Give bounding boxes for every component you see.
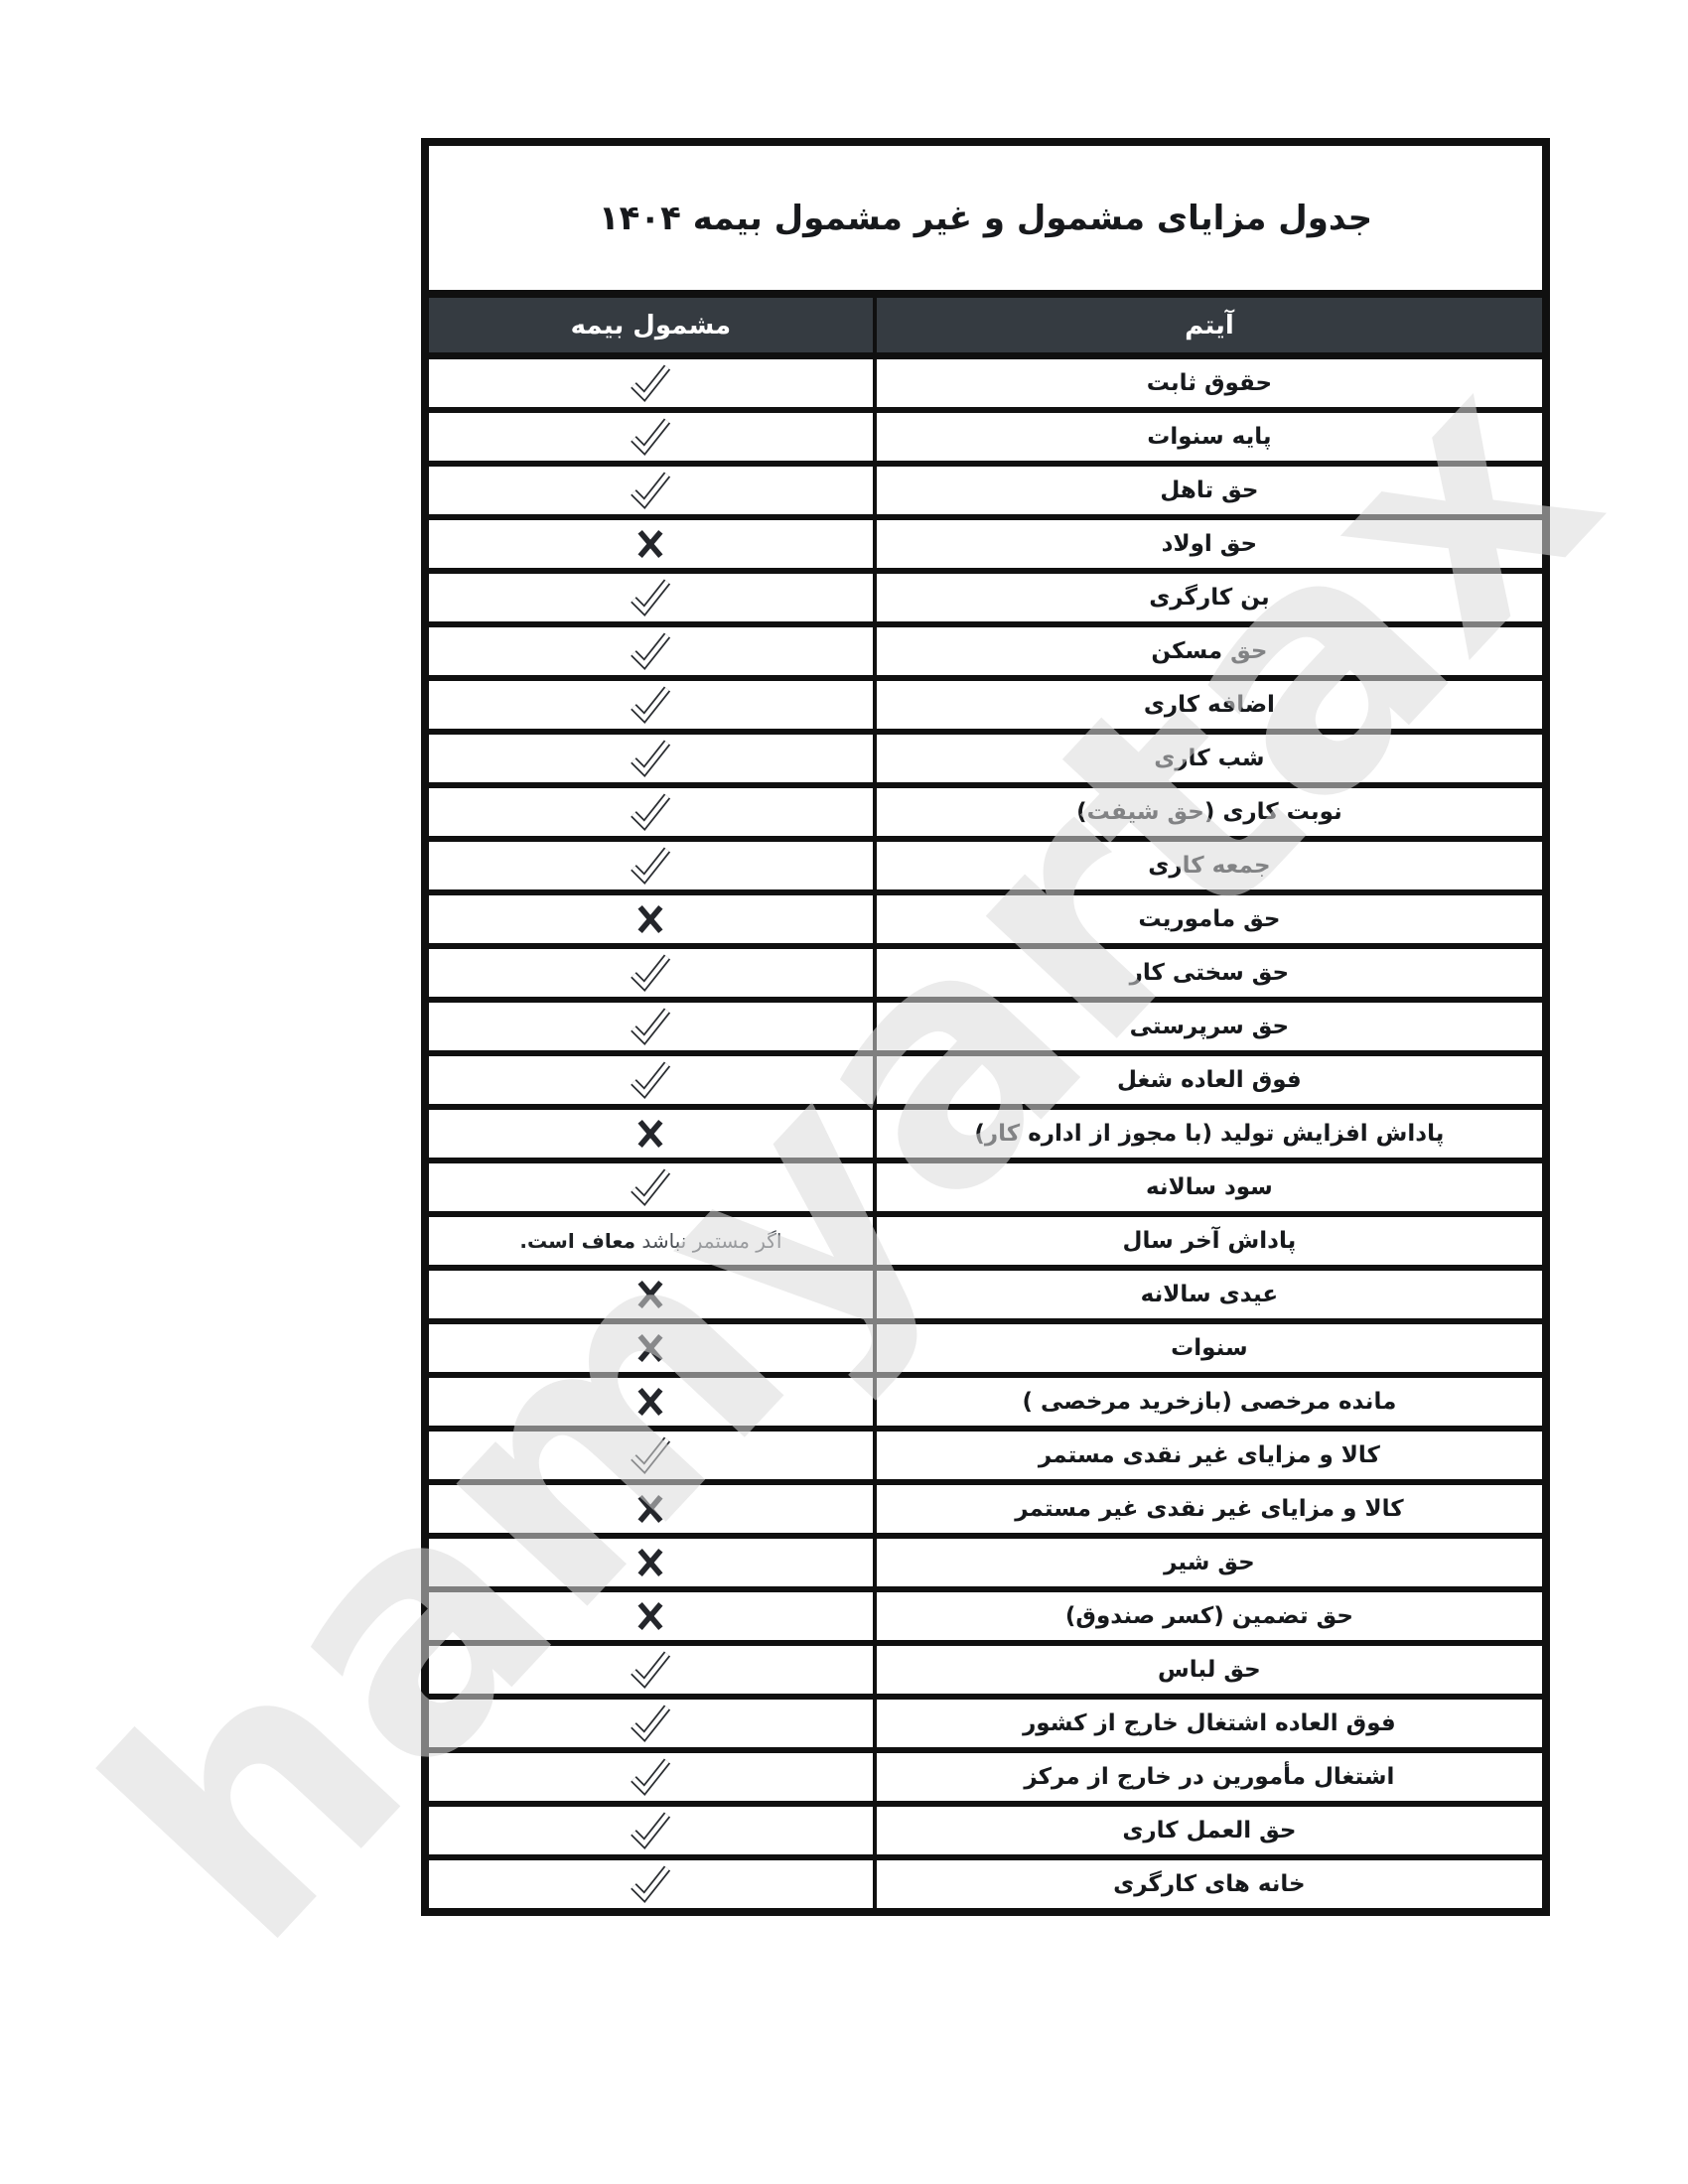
table-row: حق سرپرستی — [429, 1003, 1542, 1056]
item-label: حق تضمین (کسر صندوق) — [1065, 1603, 1353, 1629]
check-icon — [629, 1864, 672, 1904]
table-row: حق ماموریت — [429, 895, 1542, 949]
insured-status-cell — [429, 1271, 873, 1318]
insured-status-cell — [429, 467, 873, 514]
table-row: اشتغال مأمورین در خارج از مرکز — [429, 1753, 1542, 1807]
item-label: حق ماموریت — [1138, 906, 1280, 932]
table-row: حق شیر — [429, 1539, 1542, 1592]
item-label: حق شیر — [1164, 1550, 1255, 1575]
item-label: حق تاهل — [1160, 478, 1258, 503]
check-icon — [629, 578, 672, 617]
item-cell: فوق العاده شغل — [873, 1056, 1542, 1104]
item-cell: حق لباس — [873, 1646, 1542, 1694]
item-cell: اضافه کاری — [873, 681, 1542, 729]
cross-icon — [635, 1493, 665, 1525]
item-cell: حق اولاد — [873, 520, 1542, 568]
item-cell: حق سختی کار — [873, 949, 1542, 997]
insured-status-cell — [429, 788, 873, 836]
check-icon — [629, 1811, 672, 1850]
table-row: خانه های کارگری — [429, 1860, 1542, 1908]
check-icon — [629, 1060, 672, 1100]
insured-status-cell — [429, 1110, 873, 1158]
insured-status-cell — [429, 842, 873, 889]
insured-status-cell — [429, 1646, 873, 1694]
item-cell: جمعه کاری — [873, 842, 1542, 889]
check-icon — [629, 417, 672, 457]
header-insured-column: مشمول بیمه — [429, 298, 873, 352]
insured-status-cell — [429, 735, 873, 782]
insured-status-cell — [429, 1432, 873, 1479]
insured-status-cell — [429, 359, 873, 407]
item-label: اضافه کاری — [1144, 692, 1275, 718]
check-icon — [629, 1650, 672, 1690]
check-icon — [629, 363, 672, 403]
item-cell: پاداش افزایش تولید (با مجوز از اداره کار… — [873, 1110, 1542, 1158]
insured-status-cell — [429, 1592, 873, 1640]
table-row: مانده مرخصی (بازخرید مرخصی ) — [429, 1378, 1542, 1432]
item-cell: حق سرپرستی — [873, 1003, 1542, 1050]
table-row: فوق العاده اشتغال خارج از کشور — [429, 1700, 1542, 1753]
item-cell: اشتغال مأمورین در خارج از مرکز — [873, 1753, 1542, 1801]
item-cell: حق مسکن — [873, 627, 1542, 675]
cross-icon — [635, 1386, 665, 1418]
item-cell: حق تاهل — [873, 467, 1542, 514]
insured-status-cell — [429, 520, 873, 568]
table-title-block: جدول مزایای مشمول و غیر مشمول بیمه ۱۴۰۴ — [429, 146, 1542, 298]
insured-status-cell — [429, 1003, 873, 1050]
table-row: نوبت کاری (حق شیفت) — [429, 788, 1542, 842]
table-row: حق العمل کاری — [429, 1807, 1542, 1860]
item-label: پایه سنوات — [1147, 424, 1271, 450]
item-label: کالا و مزایای غیر نقدی غیر مستمر — [1015, 1496, 1403, 1522]
table-row: حقوق ثابت — [429, 359, 1542, 413]
item-label: شب کاری — [1154, 746, 1264, 771]
insured-status-cell — [429, 1485, 873, 1533]
insured-status-cell — [429, 413, 873, 461]
insured-status-cell — [429, 895, 873, 943]
cross-icon — [635, 903, 665, 935]
insured-status-cell — [429, 1807, 873, 1854]
insured-status-cell: اگر مستمر نباشد معاف است. — [429, 1217, 873, 1265]
page: { "watermark": { "text": "hamyartax" }, … — [0, 0, 1688, 2184]
item-label: جمعه کاری — [1148, 853, 1270, 879]
table-title: جدول مزایای مشمول و غیر مشمول بیمه ۱۴۰۴ — [599, 199, 1372, 238]
check-icon — [629, 471, 672, 510]
item-cell: کالا و مزایای غیر نقدی مستمر — [873, 1432, 1542, 1479]
insured-status-cell — [429, 574, 873, 621]
check-icon — [629, 1007, 672, 1046]
insured-note: اگر مستمر نباشد معاف است. — [519, 1229, 781, 1253]
table-row: اضافه کاری — [429, 681, 1542, 735]
insured-status-cell — [429, 1860, 873, 1908]
check-icon — [629, 1167, 672, 1207]
item-cell: کالا و مزایای غیر نقدی غیر مستمر — [873, 1485, 1542, 1533]
header-item-column: آیتم — [873, 298, 1542, 352]
table-rows: حقوق ثابتپایه سنواتحق تاهلحق اولادبن کار… — [429, 359, 1542, 1908]
item-label: بن کارگری — [1149, 585, 1269, 611]
insured-status-cell — [429, 1753, 873, 1801]
table-row: حق مسکن — [429, 627, 1542, 681]
item-cell: حق شیر — [873, 1539, 1542, 1586]
cross-icon — [635, 1279, 665, 1310]
item-label: سود سالانه — [1146, 1174, 1273, 1200]
benefits-table: جدول مزایای مشمول و غیر مشمول بیمه ۱۴۰۴ … — [421, 138, 1550, 1916]
table-header-row: مشمول بیمه آیتم — [429, 298, 1542, 359]
item-label: سنوات — [1171, 1335, 1247, 1361]
insured-status-cell — [429, 1539, 873, 1586]
table-row: حق تاهل — [429, 467, 1542, 520]
table-row: پایه سنوات — [429, 413, 1542, 467]
table-row: شب کاری — [429, 735, 1542, 788]
item-label: حق مسکن — [1151, 638, 1267, 664]
insured-status-cell — [429, 949, 873, 997]
item-label: کالا و مزایای غیر نقدی مستمر — [1039, 1442, 1380, 1468]
check-icon — [629, 739, 672, 778]
item-label: نوبت کاری (حق شیفت) — [1076, 799, 1342, 825]
table-row: کالا و مزایای غیر نقدی غیر مستمر — [429, 1485, 1542, 1539]
insured-status-cell — [429, 1056, 873, 1104]
table-row: سود سالانه — [429, 1163, 1542, 1217]
item-cell: پایه سنوات — [873, 413, 1542, 461]
check-icon — [629, 685, 672, 725]
item-cell: حق ماموریت — [873, 895, 1542, 943]
table-row: سنوات — [429, 1324, 1542, 1378]
table-row: حق لباس — [429, 1646, 1542, 1700]
item-label: فوق العاده اشتغال خارج از کشور — [1023, 1710, 1396, 1736]
check-icon — [629, 792, 672, 832]
table-row: عیدی سالانه — [429, 1271, 1542, 1324]
table-row: حق سختی کار — [429, 949, 1542, 1003]
item-cell: حق تضمین (کسر صندوق) — [873, 1592, 1542, 1640]
insured-status-cell — [429, 1324, 873, 1372]
item-label: حق اولاد — [1162, 531, 1257, 557]
table-row: کالا و مزایای غیر نقدی مستمر — [429, 1432, 1542, 1485]
cross-icon — [635, 1332, 665, 1364]
check-icon — [629, 1435, 672, 1475]
item-label: حقوق ثابت — [1147, 370, 1272, 396]
item-label: عیدی سالانه — [1141, 1282, 1278, 1307]
item-cell: مانده مرخصی (بازخرید مرخصی ) — [873, 1378, 1542, 1426]
item-cell: حقوق ثابت — [873, 359, 1542, 407]
check-icon — [629, 953, 672, 993]
insured-status-cell — [429, 627, 873, 675]
item-cell: بن کارگری — [873, 574, 1542, 621]
item-cell: نوبت کاری (حق شیفت) — [873, 788, 1542, 836]
item-label: حق سرپرستی — [1130, 1014, 1289, 1039]
item-label: خانه های کارگری — [1113, 1871, 1306, 1897]
item-label: پاداش افزایش تولید (با مجوز از اداره کار… — [974, 1121, 1444, 1147]
item-label: حق لباس — [1158, 1657, 1261, 1683]
item-label: اشتغال مأمورین در خارج از مرکز — [1024, 1764, 1394, 1790]
item-label: حق سختی کار — [1130, 960, 1289, 986]
item-cell: عیدی سالانه — [873, 1271, 1542, 1318]
item-label: فوق العاده شغل — [1117, 1067, 1302, 1093]
cross-icon — [635, 1600, 665, 1632]
item-cell: پاداش آخر سال — [873, 1217, 1542, 1265]
table-row: حق اولاد — [429, 520, 1542, 574]
insured-status-cell — [429, 681, 873, 729]
table-row: بن کارگری — [429, 574, 1542, 627]
item-cell: شب کاری — [873, 735, 1542, 782]
check-icon — [629, 846, 672, 886]
table-row: پاداش افزایش تولید (با مجوز از اداره کار… — [429, 1110, 1542, 1163]
check-icon — [629, 1704, 672, 1743]
check-icon — [629, 1757, 672, 1797]
table-row: اگر مستمر نباشد معاف است.پاداش آخر سال — [429, 1217, 1542, 1271]
cross-icon — [635, 1547, 665, 1578]
cross-icon — [635, 528, 665, 560]
item-cell: فوق العاده اشتغال خارج از کشور — [873, 1700, 1542, 1747]
table-row: حق تضمین (کسر صندوق) — [429, 1592, 1542, 1646]
check-icon — [629, 631, 672, 671]
insured-status-cell — [429, 1378, 873, 1426]
table-row: جمعه کاری — [429, 842, 1542, 895]
item-cell: خانه های کارگری — [873, 1860, 1542, 1908]
insured-status-cell — [429, 1163, 873, 1211]
cross-icon — [635, 1118, 665, 1150]
insured-status-cell — [429, 1700, 873, 1747]
item-label: حق العمل کاری — [1122, 1818, 1296, 1843]
item-cell: حق العمل کاری — [873, 1807, 1542, 1854]
item-cell: سنوات — [873, 1324, 1542, 1372]
item-cell: سود سالانه — [873, 1163, 1542, 1211]
table-row: فوق العاده شغل — [429, 1056, 1542, 1110]
item-label: مانده مرخصی (بازخرید مرخصی ) — [1022, 1389, 1396, 1415]
item-label: پاداش آخر سال — [1123, 1228, 1297, 1254]
